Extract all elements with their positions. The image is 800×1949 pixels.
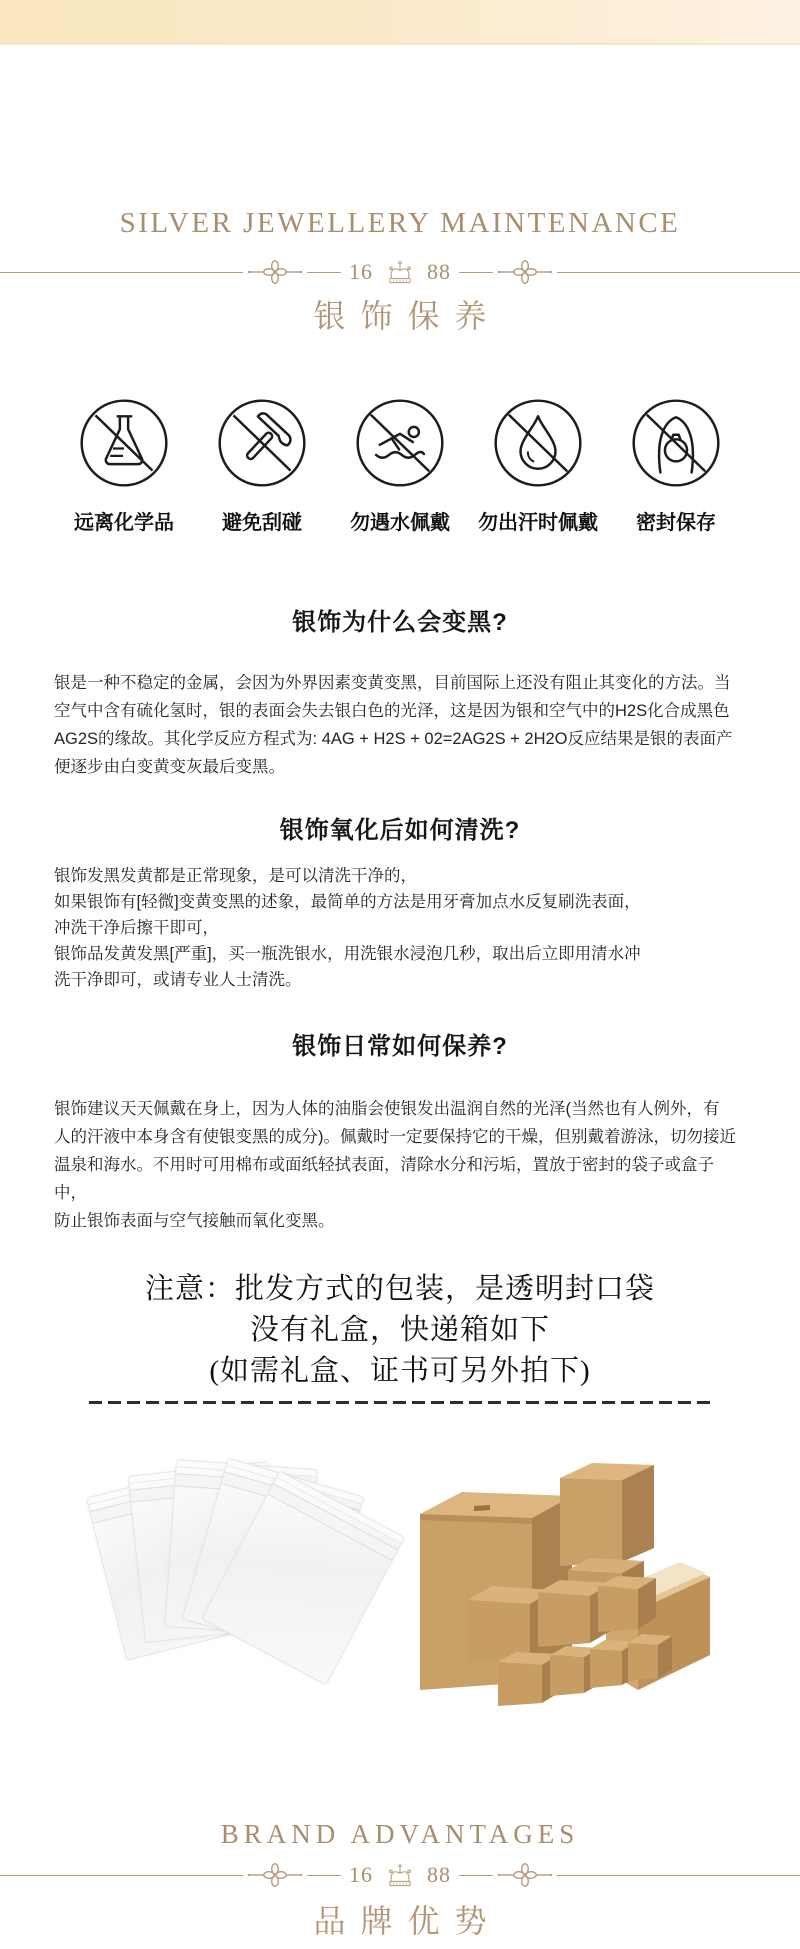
- care-item-no-sweat: 勿出汗时佩戴: [469, 397, 607, 535]
- section-body: 银是一种不稳定的金属，会因为外界因素变黄变黑，目前国际上还没有阻止其变化的方法。…: [54, 669, 746, 781]
- section-body: 银饰发黑发黄都是正常现象，是可以清洗干净的， 如果银饰有[轻微]变黄变黑的述象，…: [54, 863, 746, 993]
- divider-line: [459, 272, 493, 273]
- fleuron-icon: [247, 1861, 303, 1889]
- care-icons-row: 远离化学品 避免刮碰: [0, 397, 800, 535]
- crown-icon: [383, 258, 417, 286]
- badge-16: 16: [349, 257, 373, 287]
- care-label: 密封保存: [636, 511, 716, 535]
- section-how-to-clean: 银饰氧化后如何清洗? 银饰发黑发黄都是正常现象，是可以清洗干净的， 如果银饰有[…: [0, 815, 800, 993]
- care-item-no-scratch: 避免刮碰: [193, 397, 331, 535]
- page: SILVER JEWELLERY MAINTENANCE 16: [0, 0, 800, 1949]
- maintenance-title-en: SILVER JEWELLERY MAINTENANCE: [0, 203, 800, 243]
- maintenance-title-zh: 银饰保养: [0, 297, 800, 335]
- brand-header: BRAND ADVANTAGES 16: [0, 1816, 800, 1942]
- section-heading: 银饰日常如何保养?: [0, 1031, 800, 1063]
- care-label: 远离化学品: [74, 511, 174, 535]
- divider-line: [307, 272, 341, 273]
- section-heading: 银饰氧化后如何清洗?: [0, 815, 800, 847]
- maintenance-header: SILVER JEWELLERY MAINTENANCE 16: [0, 203, 800, 335]
- badge-88: 88: [427, 257, 451, 287]
- cardboard-box: [560, 1463, 654, 1566]
- care-item-no-chemicals: 远离化学品: [55, 397, 193, 535]
- dashed-divider: [89, 1401, 711, 1404]
- no-chemicals-icon: [78, 397, 170, 489]
- care-item-sealed-storage: 密封保存: [607, 397, 745, 535]
- divider-line: [0, 1875, 243, 1876]
- brand-title-zh: 品牌优势: [0, 1900, 800, 1942]
- brand-title-en: BRAND ADVANTAGES: [0, 1816, 800, 1852]
- section-heading: 银饰为什么会变黑?: [0, 607, 800, 639]
- ziplock-bags-illustration: [104, 1464, 404, 1684]
- divider-line: [557, 272, 800, 273]
- ornament-divider: 16 88: [0, 1860, 800, 1890]
- badge-16: 16: [349, 1860, 373, 1890]
- divider-line: [307, 1875, 341, 1876]
- divider-line: [0, 272, 243, 273]
- badge-88: 88: [427, 1860, 451, 1890]
- cardboard-boxes-illustration: [412, 1450, 712, 1722]
- top-gradient-banner: [0, 0, 800, 45]
- no-scratch-hammer-icon: [216, 397, 308, 489]
- divider-line: [459, 1875, 493, 1876]
- fleuron-icon: [247, 258, 303, 286]
- packaging-illustrations: [0, 1450, 800, 1722]
- section-daily-care: 银饰日常如何保养? 银饰建议天天佩戴在身上，因为人体的油脂会使银发出温润自然的光…: [0, 1031, 800, 1235]
- no-sweat-drop-icon: [492, 397, 584, 489]
- care-label: 勿出汗时佩戴: [478, 511, 598, 535]
- care-label: 勿遇水佩戴: [350, 511, 450, 535]
- fleuron-icon: [497, 258, 553, 286]
- ornament-divider: 16 88: [0, 257, 800, 287]
- divider-line: [557, 1875, 800, 1876]
- section-why-blacken: 银饰为什么会变黑? 银是一种不稳定的金属，会因为外界因素变黄变黑，目前国际上还没…: [0, 607, 800, 781]
- care-item-no-swimming: 勿遇水佩戴: [331, 397, 469, 535]
- fleuron-icon: [497, 1861, 553, 1889]
- care-label: 避免刮碰: [222, 511, 302, 535]
- section-body: 银饰建议天天佩戴在身上，因为人体的油脂会使银发出温润自然的光泽(当然也有人例外，…: [54, 1095, 746, 1235]
- no-swimming-icon: [354, 397, 446, 489]
- crown-icon: [383, 1861, 417, 1889]
- packaging-notice: 注意：批发方式的包装，是透明封口袋 没有礼盒，快递箱如下 (如需礼盒、证书可另外…: [0, 1269, 800, 1392]
- sealed-ring-bag-icon: [630, 397, 722, 489]
